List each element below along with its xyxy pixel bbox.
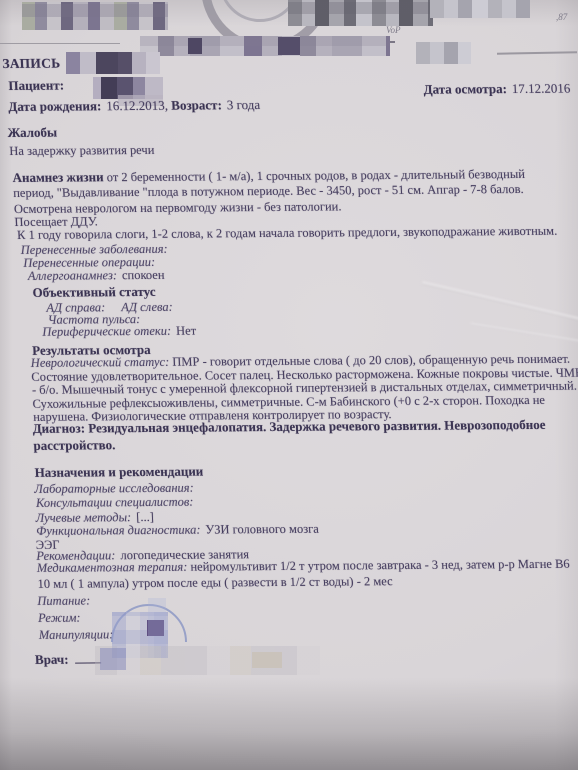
neuro-status-paragraph: Неврологический статус: ПМР - говорит от… (30, 353, 578, 425)
patient-line: Пациент: (8, 79, 64, 93)
exam-date-line: Дата осмотра:17.12.2016 (423, 82, 570, 97)
nutrition-label: Питание: (37, 593, 90, 607)
diagnosis-paragraph: Диагноз: Резидуальная энцефалопатия. Зад… (32, 417, 576, 454)
birth-label: Дата рождения: (8, 98, 102, 114)
redaction-mosaic-header-center (288, 0, 433, 26)
func-line: Функциональная диагностика:УЗИ головного… (36, 522, 319, 538)
allergy-line: Аллергоанамнез:спокоен (28, 268, 165, 283)
allergy-value: спокоен (122, 268, 165, 282)
birth-age-line: Дата рождения:16.12.2013, Возраст:3 года (8, 98, 260, 114)
recommendations-title: Назначения и рекомендации (34, 465, 203, 480)
doctor-label: Врач: (35, 652, 69, 667)
scanned-medical-record-photo: ,87 VoP ЗАПИСЬ Пациент: Дата осмотра:17.… (0, 0, 578, 770)
exam-date-value: 17.12.2016 (512, 81, 571, 96)
func-label: Функциональная диагностика: (36, 523, 201, 538)
objective-title: Объективный статус (32, 285, 156, 300)
letterhead-line-left (0, 43, 120, 44)
diagnosis-label: Диагноз: (32, 420, 85, 435)
complaints-title: Жалобы (7, 126, 57, 140)
doctor-line: Врач: (35, 652, 101, 667)
anamnesis-title: Анамнез жизни (12, 169, 104, 185)
record-title: ЗАПИСЬ (2, 57, 61, 71)
record-title-label: ЗАПИСЬ (2, 56, 61, 71)
redaction-mosaic-header-left (22, 2, 168, 30)
patient-label: Пациент: (8, 78, 64, 93)
age-label: Возраст: (171, 97, 222, 112)
edema-label: Периферические отеки: (42, 324, 171, 339)
edema-line: Периферические отеки:Нет (42, 324, 196, 339)
complaints-text: На задержку развития речи (9, 143, 155, 158)
consult-label: Консультации специалистов: (36, 495, 194, 510)
birth-value: 16.12.2013, (106, 98, 168, 113)
allergy-label: Аллергоанамнез: (28, 268, 118, 283)
redaction-block-beige (252, 652, 282, 668)
lab-label: Лабораторные исследования: (34, 481, 194, 496)
edema-value: Нет (176, 324, 197, 338)
age-value: 3 года (226, 97, 260, 112)
speech-history-line: К 1 году говорила слоги, 1-2 слова, к 2 … (17, 224, 558, 242)
regime-label: Режим: (38, 611, 81, 625)
redaction-mosaic-header-right (430, 0, 530, 18)
corner-number: ,87 (556, 12, 567, 22)
redaction-block-blue (100, 648, 126, 670)
redaction-mosaic-signature (95, 646, 320, 675)
watermark-text: VoP (386, 25, 401, 35)
medication-label: Медикаментозная терапия: (37, 560, 188, 575)
func-value: УЗИ головного мозга (205, 522, 319, 537)
diagnosis-text: Резидуальная энцефалопатия. Задержка реч… (33, 417, 546, 453)
exam-date-label: Дата осмотра: (423, 81, 507, 97)
medication-paragraph: Медикаментозная терапия: нейромультивит … (37, 557, 578, 592)
anamnesis-paragraph: Анамнез жизни от 2 беременности ( 1- м/а… (12, 166, 531, 217)
